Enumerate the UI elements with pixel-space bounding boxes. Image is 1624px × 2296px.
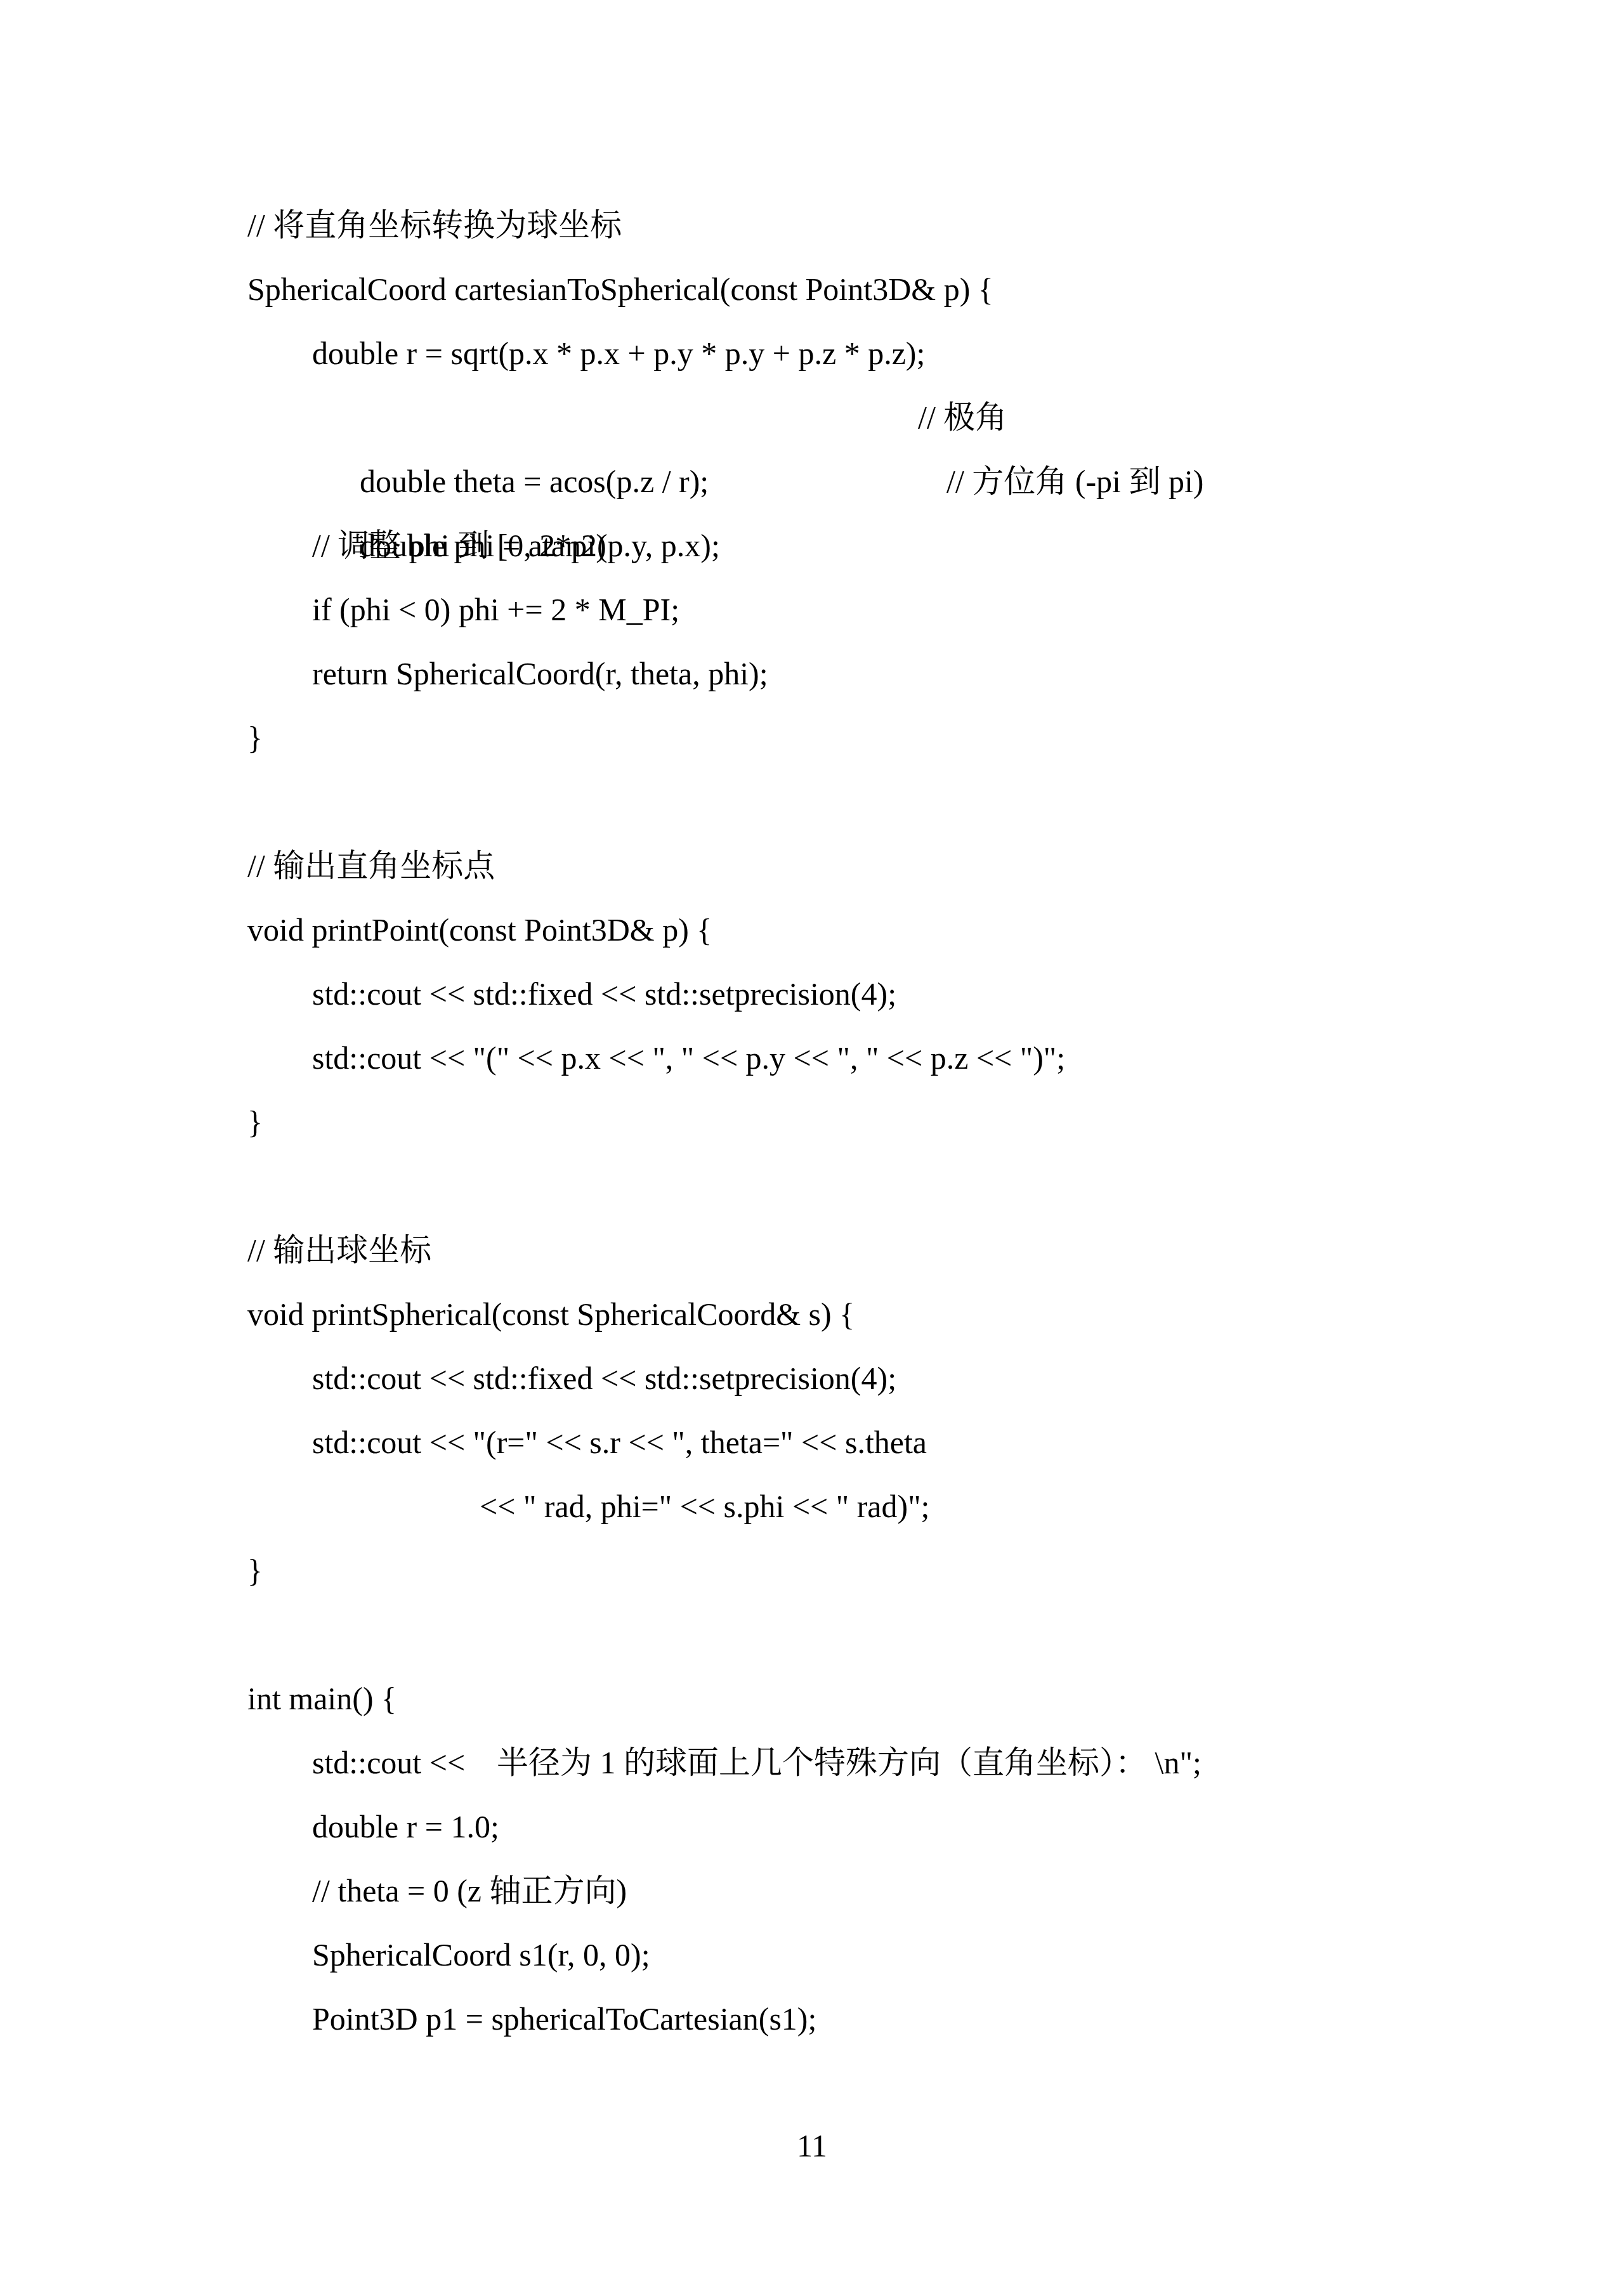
code-line: SphericalCoord cartesianToSpherical(cons… bbox=[247, 258, 1624, 322]
code-block: // 将直角坐标转换为球坐标 SphericalCoord cartesianT… bbox=[247, 193, 1624, 2051]
code-line: std::cout << "(r=" << s.r << ", theta=" … bbox=[247, 1411, 1624, 1475]
code-line: int main() { bbox=[247, 1667, 1624, 1731]
code-line: std::cout << std::fixed << std::setpreci… bbox=[247, 962, 1624, 1026]
code-line: } bbox=[247, 1090, 1624, 1154]
code-line: } bbox=[247, 706, 1624, 770]
code-line: SphericalCoord s1(r, 0, 0); bbox=[247, 1923, 1624, 1987]
code-line: // 调整 phi 到 [0, 2*pi) bbox=[247, 514, 1624, 578]
inline-comment: // 方位角 (-pi 到 pi) bbox=[946, 450, 1204, 514]
code-line: double phi = atan2(p.y, p.x); // 方位角 (-p… bbox=[247, 450, 1624, 514]
code-line: Point3D p1 = sphericalToCartesian(s1); bbox=[247, 1987, 1624, 2051]
code-line: double theta = acos(p.z / r); // 极角 bbox=[247, 386, 1624, 450]
code-line: // theta = 0 (z 轴正方向) bbox=[247, 1859, 1624, 1923]
code-line: std::cout << std::fixed << std::setpreci… bbox=[247, 1347, 1624, 1411]
page-number: 11 bbox=[0, 2114, 1624, 2178]
code-line: << " rad, phi=" << s.phi << " rad)"; bbox=[247, 1475, 1624, 1539]
code-line: return SphericalCoord(r, theta, phi); bbox=[247, 642, 1624, 706]
code-line: void printSpherical(const SphericalCoord… bbox=[247, 1282, 1624, 1347]
code-line: void printPoint(const Point3D& p) { bbox=[247, 898, 1624, 962]
document-page: // 将直角坐标转换为球坐标 SphericalCoord cartesianT… bbox=[0, 0, 1624, 2296]
code-line: double r = sqrt(p.x * p.x + p.y * p.y + … bbox=[247, 322, 1624, 386]
code-line: std::cout << 半径为 1 的球面上几个特殊方向（直角坐标）： \n"… bbox=[247, 1731, 1624, 1795]
code-line: std::cout << "(" << p.x << ", " << p.y <… bbox=[247, 1026, 1624, 1090]
inline-comment: // 极角 bbox=[918, 386, 1007, 450]
code-line: if (phi < 0) phi += 2 * M_PI; bbox=[247, 578, 1624, 642]
blank-line bbox=[247, 1603, 1624, 1667]
blank-line bbox=[247, 770, 1624, 834]
code-line: } bbox=[247, 1539, 1624, 1603]
blank-line bbox=[247, 1154, 1624, 1218]
code-line: double r = 1.0; bbox=[247, 1795, 1624, 1859]
code-line: // 输出球坐标 bbox=[247, 1218, 1624, 1282]
code-line: // 输出直角坐标点 bbox=[247, 834, 1624, 898]
code-line: // 将直角坐标转换为球坐标 bbox=[247, 193, 1624, 258]
